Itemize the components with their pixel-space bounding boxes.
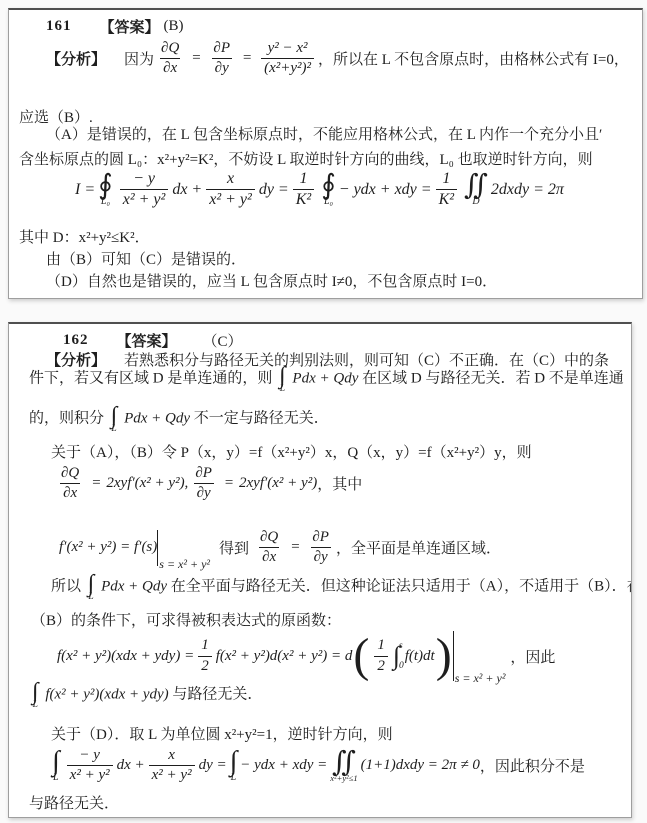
- question-number: 162: [63, 332, 89, 349]
- math-run: dy =: [199, 757, 227, 774]
- math-run: dx +: [117, 757, 145, 774]
- display-formula-161: I = ∮L₀ − yx² + y² dx + xx² + y² dy = 1K…: [75, 170, 564, 210]
- double-integral-operator: ∬x²+y²≤1: [330, 749, 357, 783]
- fraction-denominator: x² + y²: [206, 189, 255, 209]
- fraction-denominator: ∂y: [212, 58, 232, 77]
- text-run: ，所以在 L 不包含原点时，由格林公式有 I=0，: [318, 48, 629, 69]
- text-run: ，其中: [317, 473, 362, 494]
- fraction-denominator: 2: [198, 656, 212, 675]
- integral-limit: D: [472, 197, 479, 207]
- fraction-denominator: ∂x: [259, 547, 279, 566]
- integral-limit: L: [88, 593, 93, 603]
- math-run: f(x² + y²)(xdx + ydy) =: [57, 648, 194, 665]
- fraction-numerator: ∂Q: [158, 40, 182, 58]
- contour-integral-operator: ∮L₀: [98, 172, 113, 207]
- double-integral-operator: ∬D: [464, 172, 488, 207]
- fraction-numerator: ∂P: [309, 529, 332, 547]
- fraction-denominator: x² + y²: [67, 765, 113, 784]
- text-run: ，因此: [510, 646, 555, 667]
- fraction: ∂P∂y: [210, 40, 233, 78]
- display-formula-162: ∫L − yx² + y² dx + xx² + y² dy = ∫L − yd…: [49, 747, 585, 785]
- answer-label: 【答案】: [100, 16, 160, 37]
- math-run: f(x² + y²)d(x² + y²) = d: [216, 648, 353, 665]
- integral-limit: L₀: [101, 197, 110, 207]
- page: 161 【答案】 (B) 【分析】 因为 ∂Q∂x = ∂P∂y = y² − …: [0, 0, 647, 823]
- fraction: ∂P∂y: [309, 529, 332, 567]
- fraction-numerator: x: [165, 747, 178, 765]
- paragraph: （B）的条件下，可求得被积表达式的原函数：: [31, 610, 341, 633]
- eval-line: f′(x² + y²) = f′(s) s = x² + y² 得到 ∂Q∂x …: [59, 529, 501, 567]
- fraction: y² − x²(x²+y²)²: [261, 40, 314, 78]
- fraction: 1K²: [293, 170, 314, 210]
- math-run: dx +: [172, 181, 202, 199]
- fraction-numerator: ∂P: [192, 465, 215, 483]
- fraction-denominator: K²: [293, 189, 314, 209]
- paragraph: 其中 D：x²+y²≤K²．: [19, 227, 150, 250]
- fraction-denominator: ∂y: [311, 547, 331, 566]
- text-run: ，因此积分不是: [480, 755, 585, 776]
- math-run: Pdx + Qdy: [101, 579, 167, 595]
- integral-limit: L: [33, 701, 38, 711]
- fraction-numerator: y² − x²: [265, 40, 311, 58]
- fraction-numerator: 1: [374, 637, 388, 655]
- fraction: 12: [198, 637, 212, 675]
- integral-operator: ∫L: [52, 748, 60, 783]
- integral-limit: L: [280, 385, 285, 395]
- fraction-denominator: 2: [374, 656, 388, 675]
- text-run: 的，则积分: [29, 411, 104, 427]
- analysis-label: 【分析】: [46, 48, 106, 69]
- math-run: Pdx + Qdy: [124, 411, 190, 427]
- math-run: 2dxdy = 2π: [491, 181, 564, 199]
- fraction: xx² + y²: [206, 170, 255, 210]
- integral-limit: L: [231, 773, 237, 783]
- paragraph: 关于（D）．取 L 为单位圆 x²+y²=1，逆时针方向，则: [51, 724, 393, 747]
- text-run: 在区域 D 与路径无关．若 D 不是单连通: [362, 371, 624, 387]
- math-run: (1+1)dxdy = 2π ≠ 0: [361, 757, 480, 774]
- fraction-numerator: ∂Q: [58, 465, 82, 483]
- answer-value: (B): [164, 18, 184, 35]
- fraction-denominator: ∂y: [194, 483, 214, 502]
- fraction: − yx² + y²: [67, 747, 113, 785]
- evaluation-bar: [453, 631, 454, 681]
- integral-upper-limit: s: [399, 641, 404, 651]
- math-run: f′(x² + y²) = f′(s): [59, 539, 157, 556]
- math-run: dy =: [259, 181, 289, 199]
- answer-card-161: 161 【答案】 (B) 【分析】 因为 ∂Q∂x = ∂P∂y = y² − …: [8, 8, 643, 299]
- integral-limit: L: [111, 425, 116, 435]
- paragraph: ∫L f(x² + y²)(xdx + ydy) 与路径无关．: [29, 680, 262, 711]
- equals-sign: =: [290, 539, 300, 556]
- text-run: ，全平面是单连通区域．: [336, 537, 501, 558]
- fraction-denominator: K²: [436, 189, 457, 209]
- equals-sign: =: [242, 50, 252, 67]
- integral-operator: ∫L: [279, 364, 286, 395]
- fraction: ∂P∂y: [192, 465, 215, 503]
- paragraph: （D）自然也是错误的，应当 L 包含原点时 I≠0，不包含原点时 I=0．: [46, 271, 497, 294]
- fraction: ∂Q∂x: [58, 465, 82, 503]
- text-run: 件下，若又有区域 D 是单连通的，则: [29, 371, 272, 387]
- math-run: f(x² + y²)(xdx + ydy): [45, 687, 168, 703]
- fraction-numerator: ∂Q: [257, 529, 281, 547]
- fraction-numerator: ∂P: [210, 40, 233, 58]
- integral-operator: ∫L: [230, 748, 238, 783]
- fraction-denominator: ∂x: [160, 58, 180, 77]
- antiderivative-formula: f(x² + y²)(xdx + ydy) = 12 f(x² + y²)d(x…: [57, 631, 555, 681]
- answer-value: （C）: [203, 330, 243, 351]
- fraction-denominator: (x²+y²)²: [261, 58, 314, 77]
- integral-operator: ∫L: [111, 404, 118, 435]
- fraction-denominator: x² + y²: [149, 765, 195, 784]
- fraction: 1K²: [436, 170, 457, 210]
- text-run: 所以: [51, 579, 81, 595]
- fraction: ∂Q∂x: [257, 529, 281, 567]
- paragraph: 由（B）可知（C）是错误的．: [46, 249, 246, 272]
- text-run: 与路径无关．: [172, 687, 262, 703]
- paragraph: 所以 ∫L Pdx + Qdy 在全平面与路径无关．但这种论证法只适用于（A），…: [51, 572, 632, 603]
- integral-with-limits: ∫s0: [393, 641, 404, 671]
- fraction-numerator: − y: [130, 170, 158, 189]
- fraction: 12: [374, 637, 388, 675]
- integral-limit: x²+y²≤1: [330, 774, 357, 783]
- fraction-denominator: x² + y²: [120, 189, 169, 209]
- paragraph: 件下，若又有区域 D 是单连通的，则 ∫L Pdx + Qdy 在区域 D 与路…: [29, 364, 624, 395]
- fraction-numerator: 1: [296, 170, 310, 189]
- integral-limit: L: [53, 773, 59, 783]
- paragraph: （A）是错误的，在 L 包含坐标原点时，不能应用格林公式，在 L 内作一个充分小…: [46, 124, 602, 147]
- evaluation-bar: [157, 530, 158, 566]
- paragraph: 含坐标原点的圆 L₀：x²+y²=K²，不妨设 L 取逆时针方向的曲线，L₀ 也…: [19, 149, 593, 172]
- math-run: f(t)dt: [405, 648, 435, 665]
- integral-limit: L₀: [324, 197, 333, 207]
- answer-card-162: 162 【答案】 （C） 【分析】若熟悉积分与路径无关的判别法则，则可知（C）不…: [8, 322, 632, 818]
- integral-lower-limit: 0: [399, 661, 404, 671]
- fraction-numerator: 1: [439, 170, 453, 189]
- math-run: I =: [75, 181, 95, 199]
- math-run: Pdx + Qdy: [292, 371, 358, 387]
- evaluation-subscript: s = x² + y²: [159, 557, 210, 572]
- integral-operator: ∫L: [88, 572, 95, 603]
- paragraph: 关于（A），（B）令 P（x，y）=f（x²+y²）x，Q（x，y）=f（x²+…: [51, 442, 532, 465]
- equals-sign: =: [91, 475, 101, 492]
- fraction: − yx² + y²: [120, 170, 169, 210]
- question-number: 161: [46, 18, 72, 35]
- math-run: 2xyf′(x² + y²): [239, 475, 317, 492]
- integral-operator: ∫L: [32, 680, 39, 711]
- text-run: 因为: [124, 48, 154, 69]
- evaluation-subscript: s = x² + y²: [455, 671, 506, 686]
- text-run: 不一定与路径无关．: [194, 411, 329, 427]
- card2-header: 162 【答案】 （C）: [63, 330, 243, 351]
- fraction-numerator: − y: [76, 747, 103, 765]
- equals-sign: =: [224, 475, 234, 492]
- card1-analysis-line: 【分析】 因为 ∂Q∂x = ∂P∂y = y² − x²(x²+y²)² ，所…: [46, 40, 629, 78]
- fraction-numerator: x: [224, 170, 237, 189]
- fraction-numerator: 1: [198, 637, 212, 655]
- equals-sign: =: [191, 50, 201, 67]
- math-run: − ydx + xdy =: [240, 757, 327, 774]
- fraction-denominator: ∂x: [60, 483, 80, 502]
- fraction: xx² + y²: [149, 747, 195, 785]
- paragraph: 的，则积分 ∫L Pdx + Qdy 不一定与路径无关．: [29, 404, 329, 435]
- partials-line: ∂Q∂x = 2xyf′(x² + y²), ∂P∂y = 2xyf′(x² +…: [54, 465, 362, 503]
- paragraph: 与路径无关．: [29, 793, 119, 816]
- contour-integral-operator: ∮L₀: [321, 172, 336, 207]
- answer-label: 【答案】: [117, 330, 177, 351]
- math-run: 2xyf′(x² + y²),: [106, 475, 188, 492]
- fraction: ∂Q∂x: [158, 40, 182, 78]
- text-run: 得到: [219, 537, 249, 558]
- math-run: − ydx + xdy =: [339, 181, 432, 199]
- text-run: 在全平面与路径无关．但这种论证法只适用于（A），不适用于（B）．在: [171, 579, 632, 595]
- card1-header: 161 【答案】 (B): [46, 16, 184, 37]
